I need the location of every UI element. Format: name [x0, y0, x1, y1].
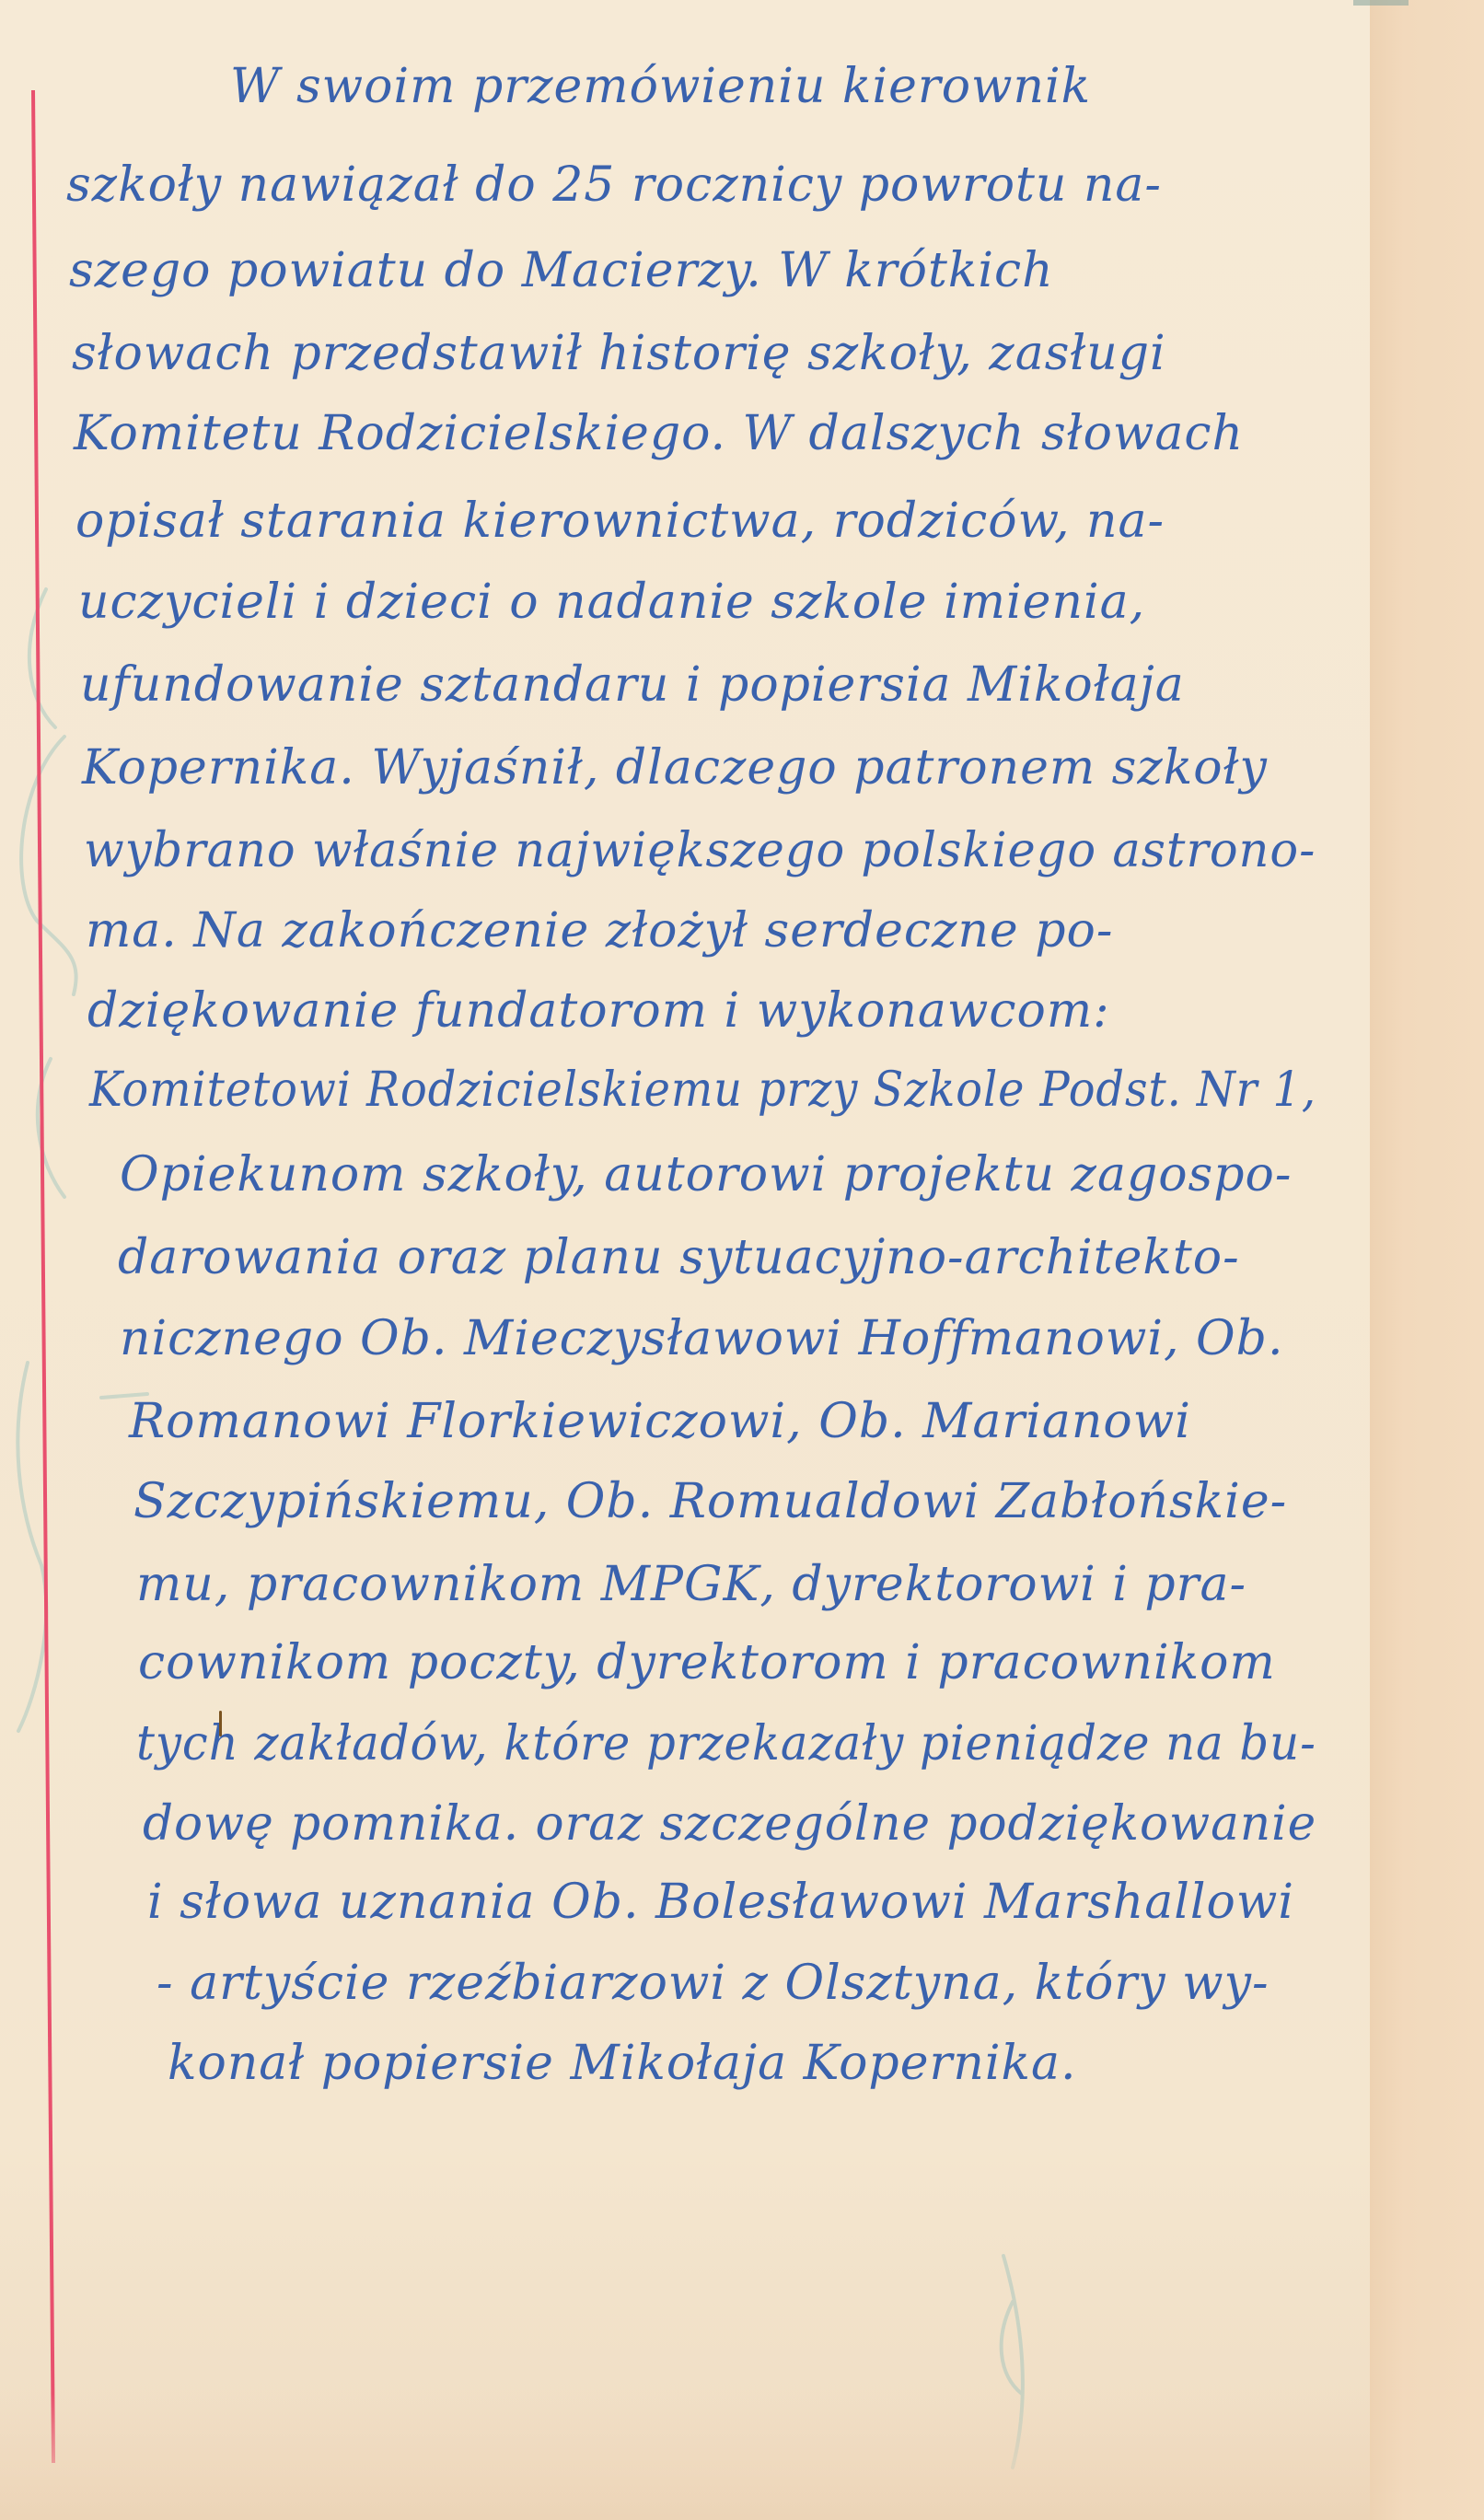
text-line-6: opisał starania kierownictwa, rodziców, … [75, 497, 1165, 545]
text-line-13: Komitetowi Rodzicielskiemu przy Szkole P… [89, 1066, 1316, 1114]
page-bottom-wear [0, 2394, 1370, 2520]
text-line-25: konał popiersie Mikołaja Kopernika. [168, 2039, 1077, 2087]
text-line-23: i słowa uznania Ob. Bolesławowi Marshall… [147, 1878, 1294, 1926]
text-line-10: wybrano właśnie największego polskiego a… [84, 827, 1316, 875]
text-line-16: nicznego Ob. Mieczysławowi Hoffmanowi, O… [120, 1315, 1283, 1363]
handwritten-text-block: W swoim przemówieniu kierownik szkoły na… [0, 0, 1370, 2520]
stray-ink-mark [219, 1711, 222, 1736]
text-line-4: słowach przedstawił historię szkoły, zas… [72, 330, 1166, 377]
text-line-18: Szczypińskiemu, Ob. Romualdowi Zabłoński… [133, 1478, 1287, 1526]
text-line-12: dziękowanie fundatorom i wykonawcom: [87, 987, 1110, 1035]
text-line-22: dowę pomnika. oraz szczególne podziękowa… [143, 1800, 1316, 1848]
text-line-19: mu, pracownikom MPGK, dyrektorowi i pra- [136, 1561, 1246, 1608]
text-line-17: Romanowi Florkiewiczowi, Ob. Marianowi [129, 1398, 1191, 1446]
text-line-14: Opiekunom szkoły, autorowi projektu zago… [120, 1151, 1292, 1199]
text-line-2: szkoły nawiązał do 25 rocznicy powrotu n… [66, 161, 1162, 209]
text-line-3: szego powiatu do Macierzy. W krótkich [69, 247, 1054, 295]
page-edge-strip [1370, 0, 1484, 2520]
text-line-8: ufundowanie sztandaru i popiersia Mikoła… [80, 661, 1185, 709]
text-line-15: darowania oraz planu sytuacyjno-architek… [118, 1234, 1240, 1282]
text-line-1: W swoim przemówieniu kierownik [230, 63, 1091, 110]
text-line-21: tych zakładów, które przekazały pieniądz… [136, 1720, 1316, 1768]
text-line-9: Kopernika. Wyjaśnił, dlaczego patronem s… [82, 744, 1268, 792]
text-line-7: uczycieli i dzieci o nadanie szkole imie… [78, 578, 1145, 626]
text-line-20: cownikom poczty, dyrektorom i pracowniko… [138, 1639, 1276, 1687]
text-line-24: - artyście rzeźbiarzowi z Olsztyna, któr… [157, 1959, 1270, 2007]
text-line-5: Komitetu Rodzicielskiego. W dalszych sło… [74, 410, 1244, 458]
text-line-11: ma. Na zakończenie złożył serdeczne po- [86, 907, 1113, 955]
